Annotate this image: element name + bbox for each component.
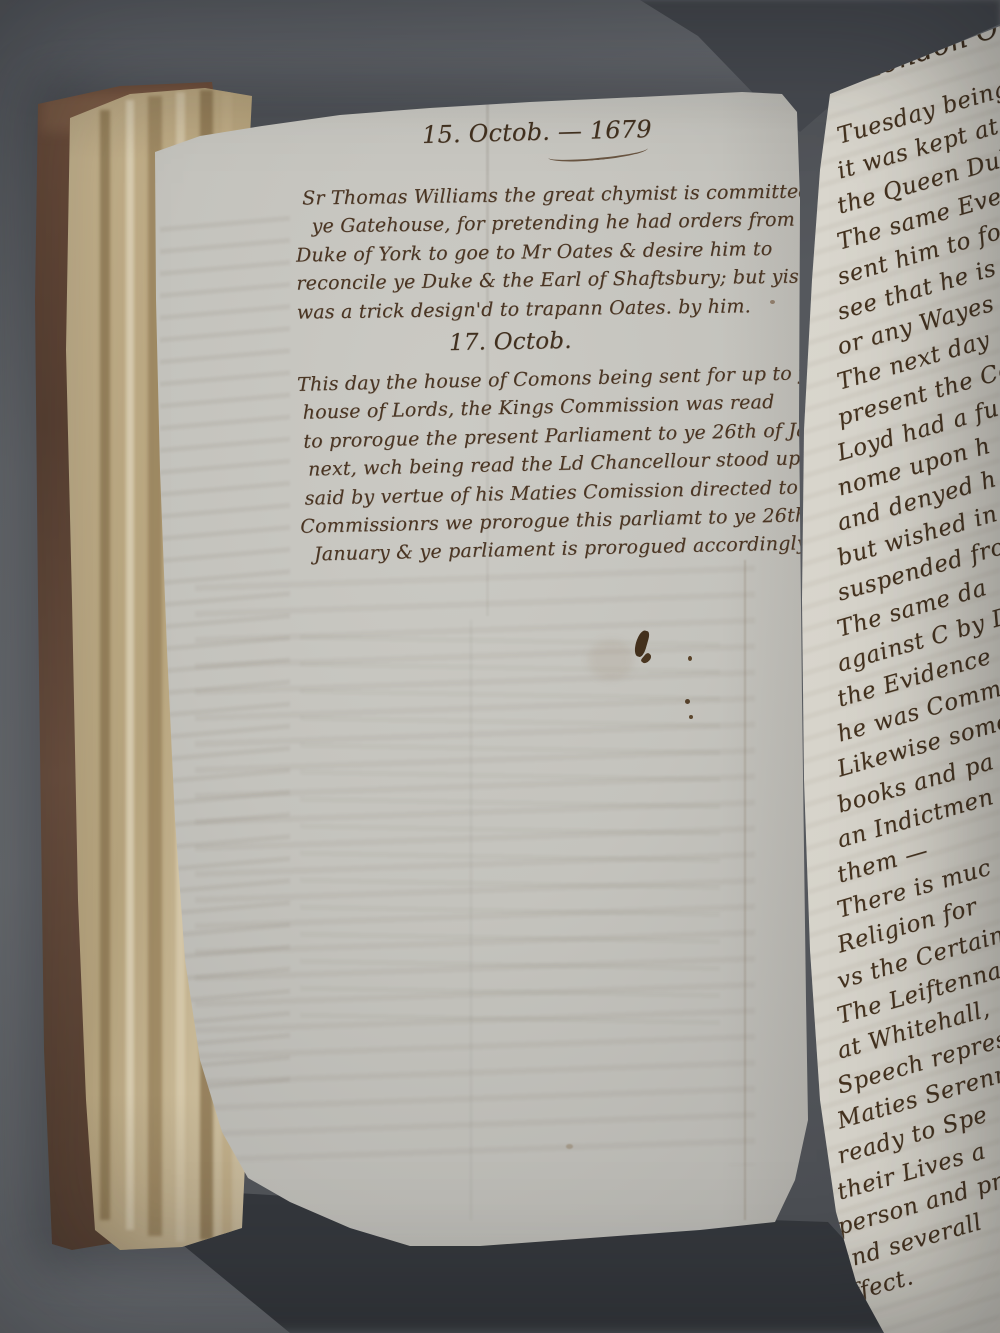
manuscript-photo: 15. Octob. — 1679 Sr Thomas Williams the… <box>0 0 1000 1333</box>
entry-1679-oct15: Sr Thomas Williams the great chymist is … <box>295 177 812 326</box>
entry-1679-oct17: This day the house of Comons being sent … <box>290 359 819 570</box>
paper-stain <box>588 640 634 680</box>
ink-showthrough <box>300 620 720 1040</box>
manuscript-line-row: and severall <box>834 1246 1000 1281</box>
ink-speck <box>685 699 690 704</box>
ink-speck <box>688 656 692 661</box>
paper-crease <box>470 620 472 1220</box>
ink-speck <box>770 300 775 304</box>
entry-date-heading-2: 17. Octob. <box>449 328 572 356</box>
right-page-text-column: London Octo Tuesday being it was kept at… <box>834 44 1000 1316</box>
underpage-edge-shadow <box>744 560 746 1220</box>
foxing-spot <box>566 1144 573 1149</box>
ink-speck <box>689 715 693 719</box>
